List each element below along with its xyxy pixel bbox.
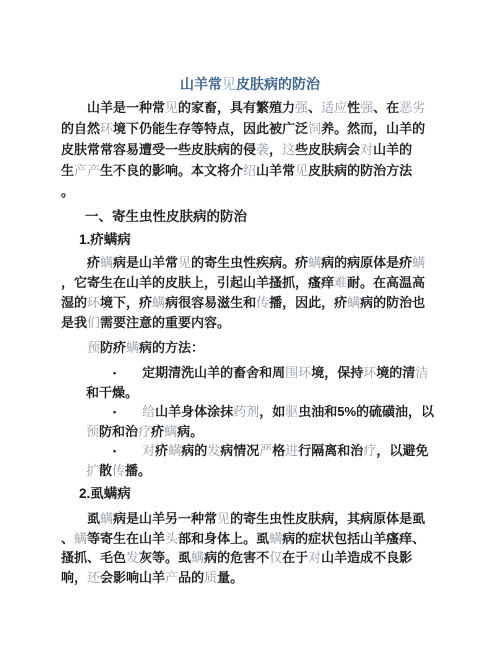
scab-mite-paragraph: 疥螨病是山羊常见的寄生虫性疾病。疥螨病的病原体是疥螨 ，它寄生在山羊的皮肤上，引… (61, 253, 439, 333)
louse-mite-paragraph: 虱螨病是山羊另一种常见的寄生虫性皮肤病，其病原体是虱 、螨等寄生在山羊头部和身体… (61, 509, 439, 587)
bullet-marker: • (113, 442, 116, 461)
bullet-text: 给山羊身体涂抹药剂，如驱虫油和5%的硫磺油，以 预防和治疗疥螨病。 (86, 404, 434, 439)
document-title: 山羊常见皮肤病的防治 (61, 76, 439, 92)
bullet-text: 对疥螨病的发病情况严格进行隔离和治疗，以避免 扩散传播。 (86, 443, 428, 478)
bullet-text: 定期清洗山羊的畜舍和周围环境，保持环境的清洁 和干燥。 (86, 365, 428, 400)
subsection-1-heading: 1.疥螨病 (61, 230, 439, 250)
prevention-bullet-list: •定期清洗山羊的畜舍和周围环境，保持环境的清洁 和干燥。 •给山羊身体涂抹药剂，… (61, 363, 439, 480)
bullet-item: •对疥螨病的发病情况严格进行隔离和治疗，以避免 扩散传播。 (86, 441, 439, 480)
document-page: 山羊常见皮肤病的防治 山羊是一种常见的家畜，具有繁殖力强、适应性强、在恶劣 的自… (0, 0, 500, 647)
bullet-marker: • (113, 403, 116, 422)
bullet-marker: • (113, 364, 116, 383)
subsection-2-heading: 2.虱螨病 (61, 484, 439, 504)
bullet-item: •给山羊身体涂抹药剂，如驱虫油和5%的硫磺油，以 预防和治疗疥螨病。 (86, 402, 439, 441)
section-1-heading: 一、寄生虫性皮肤病的防治 (61, 207, 439, 227)
bullet-item: •定期清洗山羊的畜舍和周围环境，保持环境的清洁 和干燥。 (86, 363, 439, 402)
prevention-method-intro: 预防疥螨病的方法： (61, 338, 439, 358)
intro-paragraph: 山羊是一种常见的家畜，具有繁殖力强、适应性强、在恶劣 的自然环境下仍能生存等特点… (61, 97, 439, 202)
